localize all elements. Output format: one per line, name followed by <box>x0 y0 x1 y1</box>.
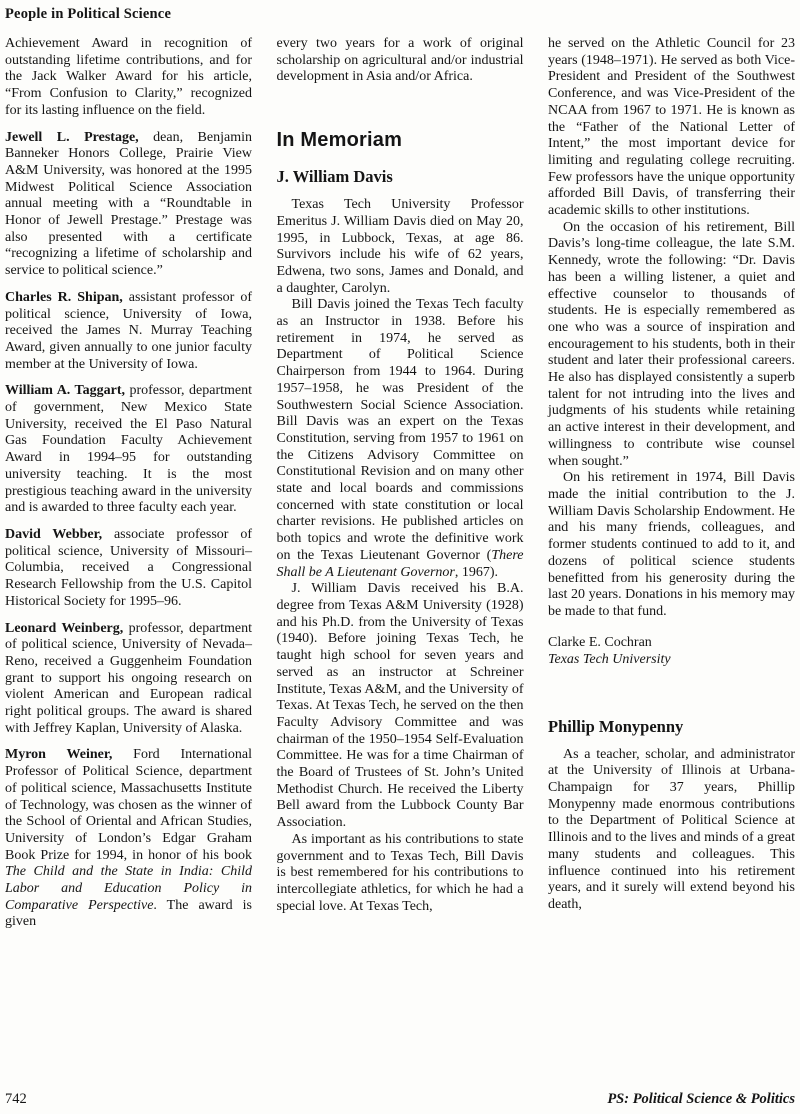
paragraph: William A. Taggart, professor, departmen… <box>5 383 252 517</box>
paragraph: Bill Davis joined the Texas Tech faculty… <box>277 297 524 581</box>
person-name: Charles R. Shipan, <box>5 290 123 305</box>
paragraph: Texas Tech University Professor Emeritus… <box>277 197 524 297</box>
text-column: every two years for a work of original s… <box>277 36 524 1078</box>
body-text: dean, Benjamin Banneker Honors College, … <box>5 130 252 279</box>
paragraph: Leonard Weinberg, professor, department … <box>5 621 252 738</box>
paragraph: Achievement Award in recognition of outs… <box>5 36 252 120</box>
person-name: David Webber, <box>5 527 102 542</box>
text-column: Achievement Award in recognition of outs… <box>5 36 252 1078</box>
paragraph: On the occasion of his retirement, Bill … <box>548 220 795 471</box>
body-text: Achievement Award in recognition of outs… <box>5 36 252 118</box>
body-text: Ford International Professor of Politica… <box>5 747 252 862</box>
paragraph: David Webber, associate professor of pol… <box>5 527 252 611</box>
body-text: Bill Davis joined the Texas Tech faculty… <box>277 297 524 563</box>
body-text: J. William Davis received his B.A. degre… <box>277 581 524 830</box>
person-name: Leonard Weinberg, <box>5 621 123 636</box>
paragraph: On his retirement in 1974, Bill Davis ma… <box>548 470 795 620</box>
paragraph: Jewell L. Prestage, dean, Benjamin Banne… <box>5 130 252 280</box>
body-text: As important as his contributions to sta… <box>277 832 524 914</box>
body-text: professor, department of political scien… <box>5 621 252 736</box>
section-heading: In Memoriam <box>277 128 524 152</box>
signature-block: Clarke E. CochranTexas Tech University <box>548 634 795 669</box>
signature-name: Clarke E. Cochran <box>548 634 795 652</box>
body-text: , 1967). <box>455 565 498 580</box>
person-name: William A. Taggart, <box>5 383 125 398</box>
body-text: On his retirement in 1974, Bill Davis ma… <box>548 470 795 619</box>
body-text: every two years for a work of original s… <box>277 36 524 84</box>
memorial-entry-heading: Phillip Monypenny <box>548 717 795 737</box>
paragraph: Charles R. Shipan, assistant professor o… <box>5 290 252 374</box>
signature-affiliation: Texas Tech University <box>548 651 795 669</box>
paragraph: As important as his contributions to sta… <box>277 832 524 916</box>
body-text: Texas Tech University Professor Emeritus… <box>277 197 524 296</box>
paragraph: he served on the Athletic Council for 23… <box>548 36 795 220</box>
journal-page: People in Political Science Achievement … <box>0 0 800 1114</box>
body-text: As a teacher, scholar, and administrator… <box>548 747 795 912</box>
person-name: Jewell L. Prestage, <box>5 130 139 145</box>
columns-container: Achievement Award in recognition of outs… <box>5 36 795 1078</box>
person-name: Myron Weiner, <box>5 747 112 762</box>
paragraph: As a teacher, scholar, and administrator… <box>548 747 795 914</box>
text-column: he served on the Athletic Council for 23… <box>548 36 795 1078</box>
page-footer: 742 PS: Political Science & Politics <box>5 1091 795 1108</box>
running-head-title: People in Political Science <box>5 6 795 22</box>
body-text: professor, department of government, New… <box>5 383 252 515</box>
body-text: On the occasion of his retirement, Bill … <box>548 220 795 469</box>
memorial-entry-heading: J. William Davis <box>277 167 524 187</box>
body-text: he served on the Athletic Council for 23… <box>548 36 795 218</box>
paragraph: every two years for a work of original s… <box>277 36 524 86</box>
paragraph: J. William Davis received his B.A. degre… <box>277 581 524 832</box>
page-number: 742 <box>5 1091 27 1108</box>
journal-title: PS: Political Science & Politics <box>607 1091 795 1108</box>
paragraph: Myron Weiner, Ford International Profess… <box>5 747 252 931</box>
